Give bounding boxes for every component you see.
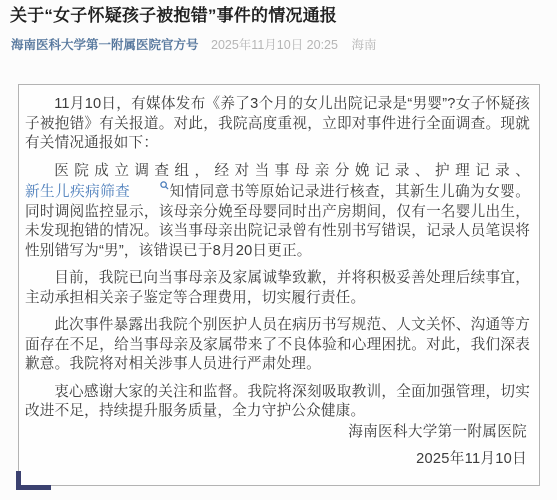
paragraph-text: 目前，我院已向当事母亲及家属诚挚致歉，并将积极妥善处理后续事宜，主动承担相关亲子… [25,270,530,306]
search-icon [131,181,169,190]
publish-location: 海南 [351,38,376,52]
notice-paragraph-3: 目前，我院已向当事母亲及家属诚挚致歉，并将积极妥善处理后续事宜，主动承担相关亲子… [25,269,530,308]
publish-datetime: 2025年11月10日 20:25 [211,38,338,52]
publisher-name[interactable]: 海南医科大学第一附属医院官方号 [11,38,199,52]
paragraph-text: 医院成立调查组，经对当事母亲分娩记录、护理记录、 [54,163,530,179]
paragraph-text: 11月10日，有媒体发布《养了3个月的女儿出院记录是“男婴”?女子怀疑孩子被抱错… [25,96,530,151]
corner-accent-decoration [16,471,51,490]
signature-block: 海南医科大学第一附属医院 2025年11月10日 [348,419,527,473]
article-title: 关于“女子怀疑孩子被抱错”事件的情况通报 [10,4,547,28]
notice-paragraph-2: 医院成立调查组，经对当事母亲分娩记录、护理记录、新生儿疾病筛查知情同意书等原始记… [25,162,530,262]
signature-hospital: 海南医科大学第一附属医院 [348,419,527,446]
entity-link-newborn-screening[interactable]: 新生儿疾病筛查 [25,184,169,200]
entity-link-label: 新生儿疾病筛查 [25,184,130,200]
notice-paragraph-4: 此次事件暴露出我院个别医护人员在病历书写规范、人文关怀、沟通等方面存在不足，给当… [25,316,530,375]
paragraph-text: 此次事件暴露出我院个别医护人员在病历书写规范、人文关怀、沟通等方面存在不足，给当… [25,317,530,372]
signature-date: 2025年11月10日 [348,446,527,473]
byline: 海南医科大学第一附属医院官方号 2025年11月10日 20:25 海南 [11,35,547,53]
notice-paragraph-1: 11月10日，有媒体发布《养了3个月的女儿出院记录是“男婴”?女子怀疑孩子被抱错… [25,95,530,154]
notice-paragraph-5: 衷心感谢大家的关注和监督。我院将深刻吸取教训，全面加强管理，切实改进不足，持续提… [25,383,530,422]
notice-box: 11月10日，有媒体发布《养了3个月的女儿出院记录是“男婴”?女子怀疑孩子被抱错… [18,84,540,486]
paragraph-text: 衷心感谢大家的关注和监督。我院将深刻吸取教训，全面加强管理，切实改进不足，持续提… [25,384,530,420]
